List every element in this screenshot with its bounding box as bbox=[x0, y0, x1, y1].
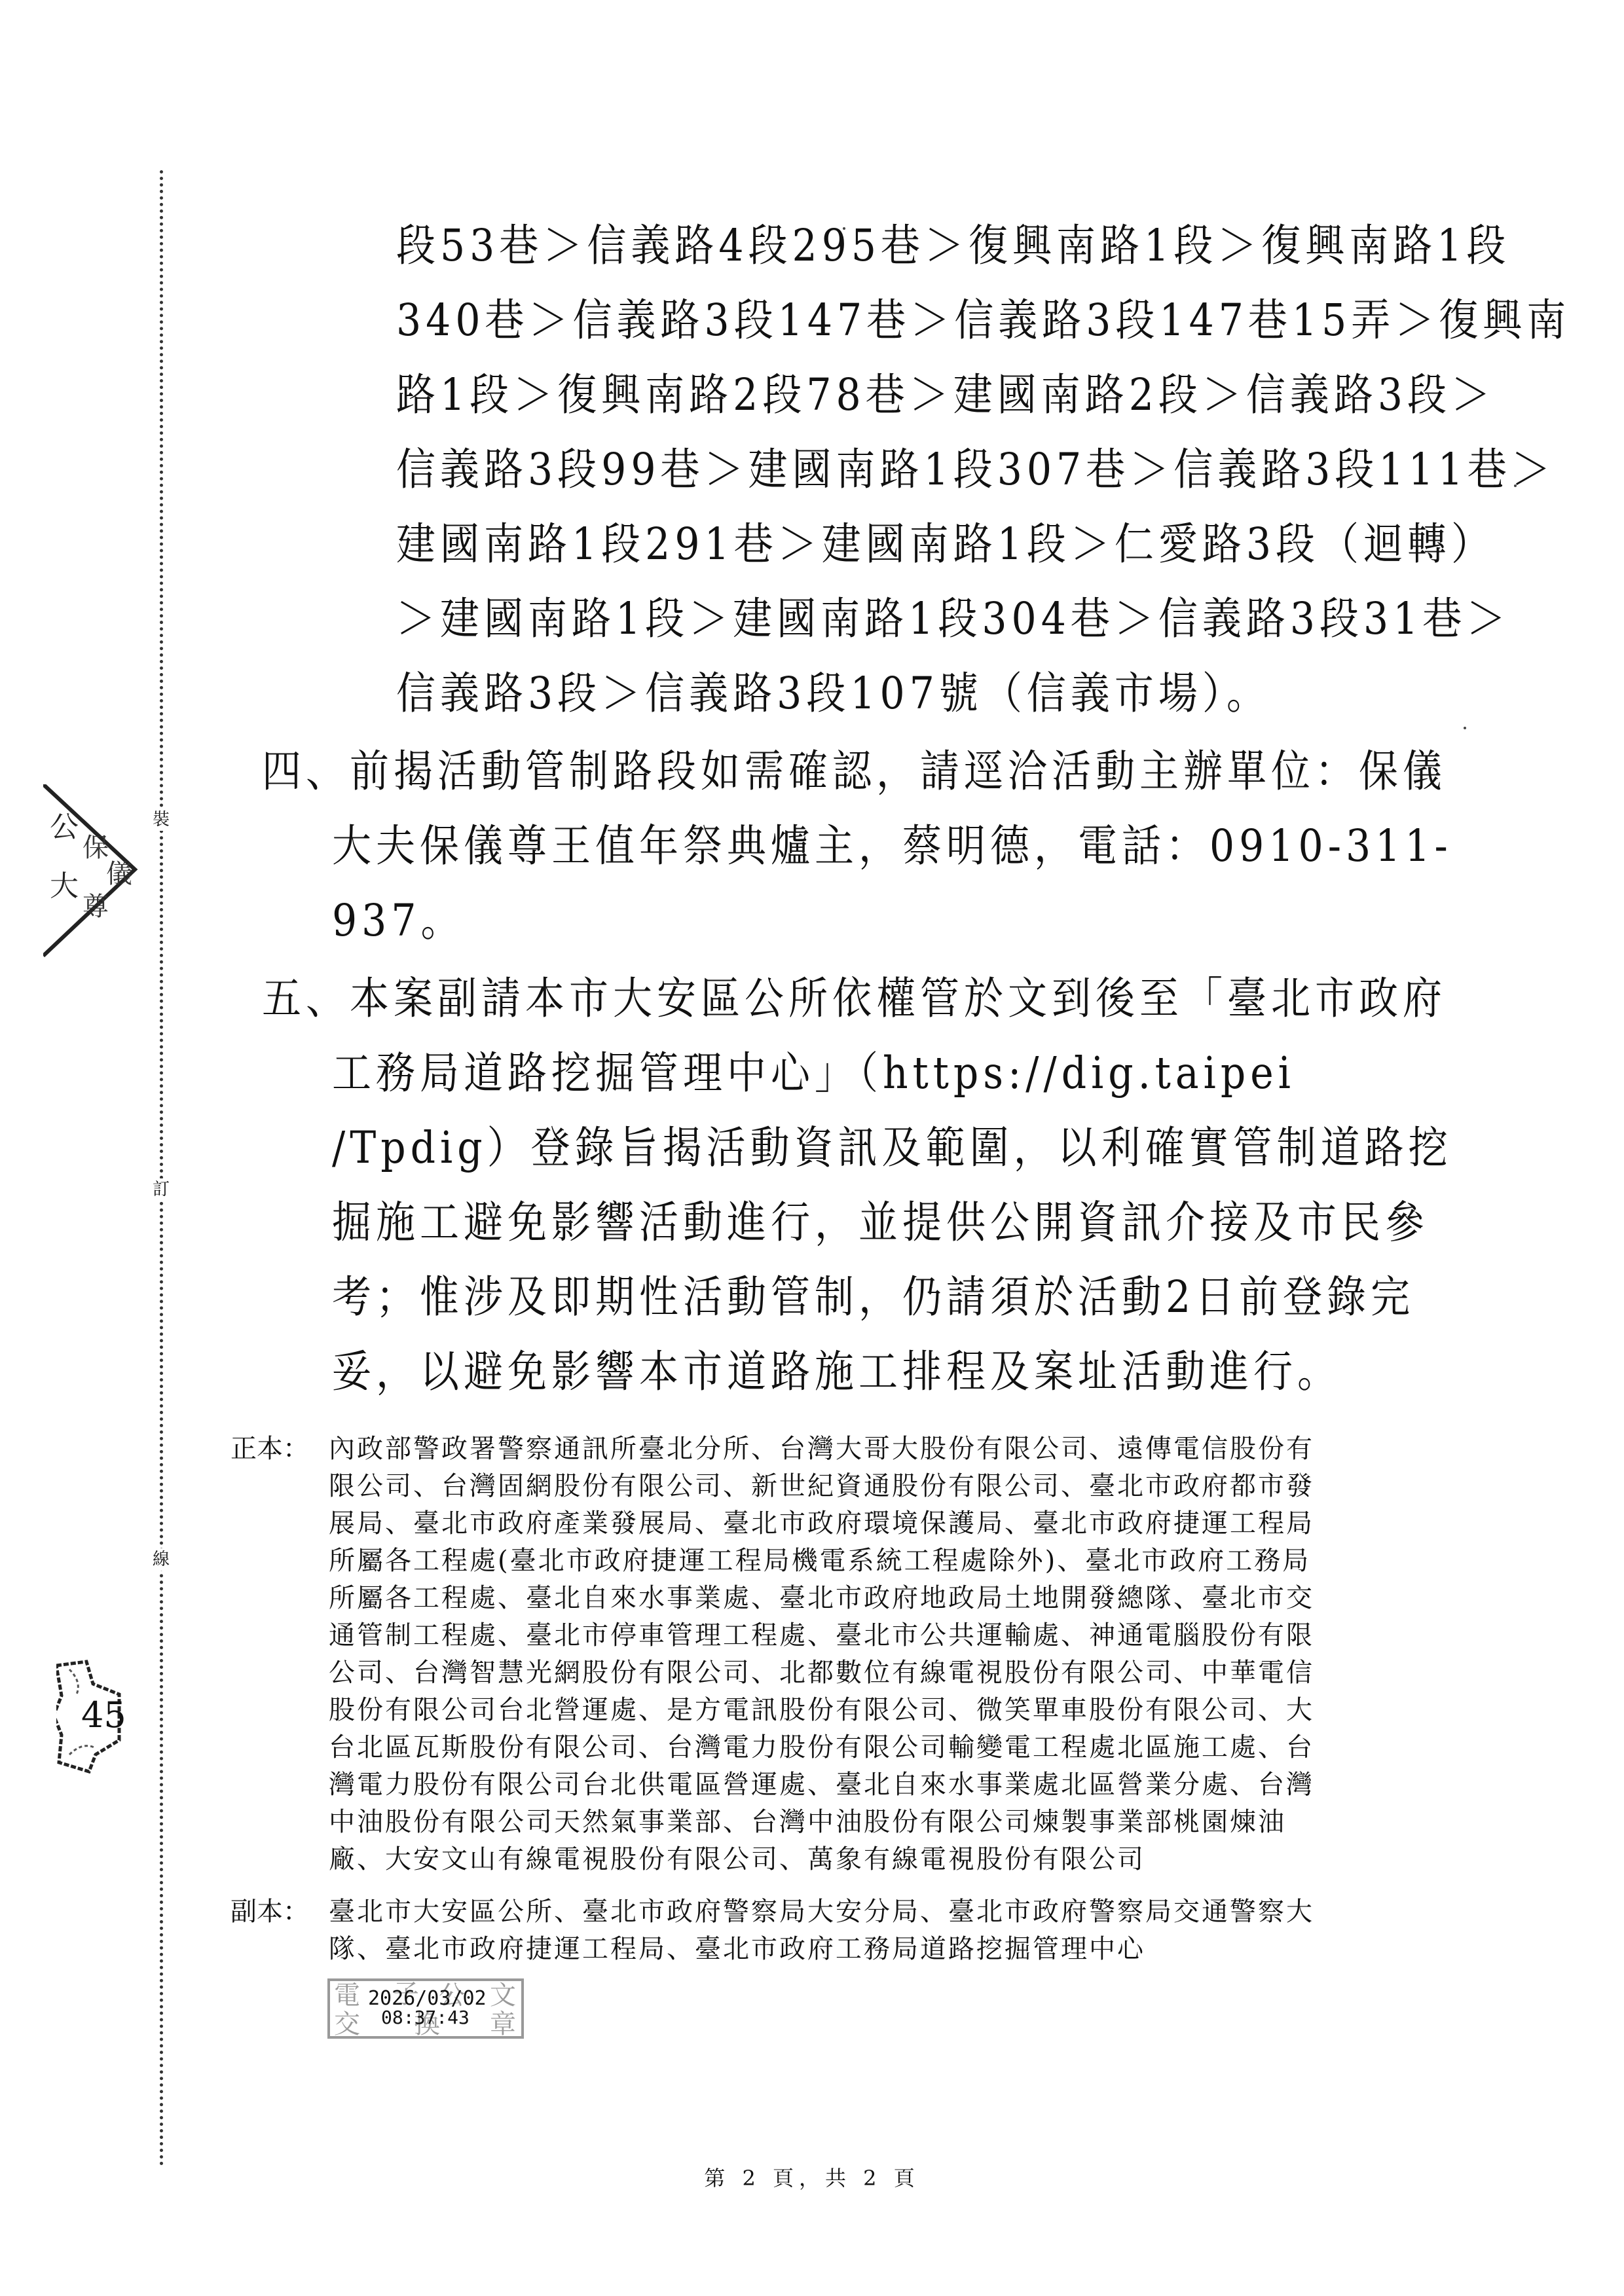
page-indicator: 第 2 頁，共 2 頁 bbox=[0, 2162, 1624, 2192]
item-five-line: 工務局道路挖掘管理中心」（https://dig.taipei bbox=[332, 1051, 1295, 1095]
binding-label-ding: 訂 bbox=[148, 1178, 174, 1201]
route-line: 建國南路1段291巷＞建國南路1段＞仁愛路3段（迴轉） bbox=[396, 522, 1495, 566]
seal-number: 45 bbox=[81, 1694, 126, 1736]
original-recipient-line: 展局、臺北市政府產業發展局、臺北市政府環境保護局、臺北市政府捷運工程局 bbox=[329, 1510, 1314, 1537]
original-recipient-line: 所屬各工程處、臺北自來水事業處、臺北市政府地政局土地開發總隊、臺北市交 bbox=[329, 1585, 1314, 1611]
binding-label-xian: 線 bbox=[148, 1548, 174, 1571]
item-five-line: /Tpdig）登錄旨揭活動資訊及範圍，以利確實管制道路挖 bbox=[332, 1126, 1452, 1170]
original-recipient-line: 限公司、台灣固網股份有限公司、新世紀資通股份有限公司、臺北市政府都市發 bbox=[329, 1473, 1314, 1499]
route-line: 信義路3段99巷＞建國南路1段307巷＞信義路3段111巷＞ bbox=[396, 448, 1555, 492]
copy-recipient-line: 隊、臺北市政府捷運工程局、臺北市政府工務局道路挖掘管理中心 bbox=[329, 1936, 1145, 1962]
svg-text:保: 保 bbox=[83, 833, 109, 863]
route-line: 路1段＞復興南路2段78巷＞建國南路2段＞信義路3段＞ bbox=[396, 373, 1495, 417]
seal-char: 公 bbox=[50, 811, 79, 844]
original-recipient-line: 通管制工程處、臺北市停車管理工程處、臺北市公共運輸處、神通電腦股份有限 bbox=[329, 1622, 1314, 1649]
scan-speck bbox=[1514, 484, 1517, 487]
route-line: 信義路3段＞信義路3段107號（信義市場）。 bbox=[396, 672, 1270, 716]
stamp-date: 2026/03/02 bbox=[368, 1989, 487, 2009]
route-line: ＞建國南路1段＞建國南路1段304巷＞信義路3段31巷＞ bbox=[396, 597, 1510, 641]
item-four-line: 大夫保儀尊王值年祭典爐主，蔡明德，電話：0910-311- bbox=[332, 824, 1452, 868]
original-recipient-line: 灣電力股份有限公司台北供電區營運處、臺北自來水事業處北區營業分處、台灣 bbox=[329, 1772, 1314, 1798]
item-four-line: 937。 bbox=[332, 899, 465, 943]
original-recipient-line: 廠、大安文山有線電視股份有限公司、萬象有線電視股份有限公司 bbox=[329, 1846, 1145, 1872]
svg-text:大: 大 bbox=[50, 869, 79, 903]
original-recipient-line: 公司、台灣智慧光網股份有限公司、北都數位有線電視股份有限公司、中華電信 bbox=[329, 1660, 1314, 1686]
binding-dotted-line bbox=[160, 170, 163, 2167]
svg-text:尊: 尊 bbox=[83, 892, 109, 922]
route-line: 段53巷＞信義路4段295巷＞復興南路1段＞復興南路1段 bbox=[396, 224, 1510, 268]
item-five-line: 妥，以避免影響本市道路施工排程及案址活動進行。 bbox=[332, 1350, 1341, 1394]
stamp-char: 交 bbox=[334, 2011, 360, 2037]
original-label: 正本： bbox=[231, 1436, 309, 1462]
exchange-stamp: 電 子 公 文 交 換 章 2026/03/02 08:37:43 bbox=[327, 1978, 524, 2039]
scan-speck bbox=[1464, 727, 1466, 729]
original-recipient-line: 台北區瓦斯股份有限公司、台灣電力股份有限公司輸變電工程處北區施工處、台 bbox=[329, 1734, 1314, 1760]
item-five-line: 五、本案副請本市大安區公所依權管於文到後至「臺北市政府 bbox=[262, 977, 1447, 1021]
item-five-line: 考；惟涉及即期性活動管制，仍請須於活動2日前登錄完 bbox=[332, 1275, 1414, 1319]
copy-recipient-line: 臺北市大安區公所、臺北市政府警察局大安分局、臺北市政府警察局交通警察大 bbox=[329, 1899, 1314, 1925]
scan-speck bbox=[843, 227, 845, 230]
star-seal-icon: 45 bbox=[56, 1656, 135, 1774]
stamp-char: 章 bbox=[490, 2011, 516, 2037]
copy-label: 副本： bbox=[231, 1899, 309, 1925]
route-line: 340巷＞信義路3段147巷＞信義路3段147巷15弄＞復興南 bbox=[396, 299, 1570, 342]
stamp-char: 文 bbox=[490, 1982, 516, 2009]
original-recipient-line: 所屬各工程處(臺北市政府捷運工程局機電系統工程處除外)、臺北市政府工務局 bbox=[329, 1548, 1310, 1574]
item-four-line: 四、前揭活動管制路段如需確認，請逕洽活動主辦單位：保儀 bbox=[262, 750, 1447, 793]
stamp-time: 08:37:43 bbox=[381, 2009, 470, 2027]
original-recipient-line: 內政部警政署警察通訊所臺北分所、台灣大哥大股份有限公司、遠傳電信股份有 bbox=[329, 1436, 1314, 1462]
svg-text:儀: 儀 bbox=[106, 859, 132, 889]
stamp-char: 電 bbox=[334, 1982, 360, 2009]
original-recipient-line: 股份有限公司台北營運處、是方電訊股份有限公司、微笑單車股份有限公司、大 bbox=[329, 1697, 1314, 1723]
item-five-line: 掘施工避免影響活動進行，並提供公開資訊介接及市民參 bbox=[332, 1201, 1429, 1245]
original-recipient-line: 中油股份有限公司天然氣事業部、台灣中油股份有限公司煉製事業部桃園煉油 bbox=[329, 1809, 1286, 1835]
